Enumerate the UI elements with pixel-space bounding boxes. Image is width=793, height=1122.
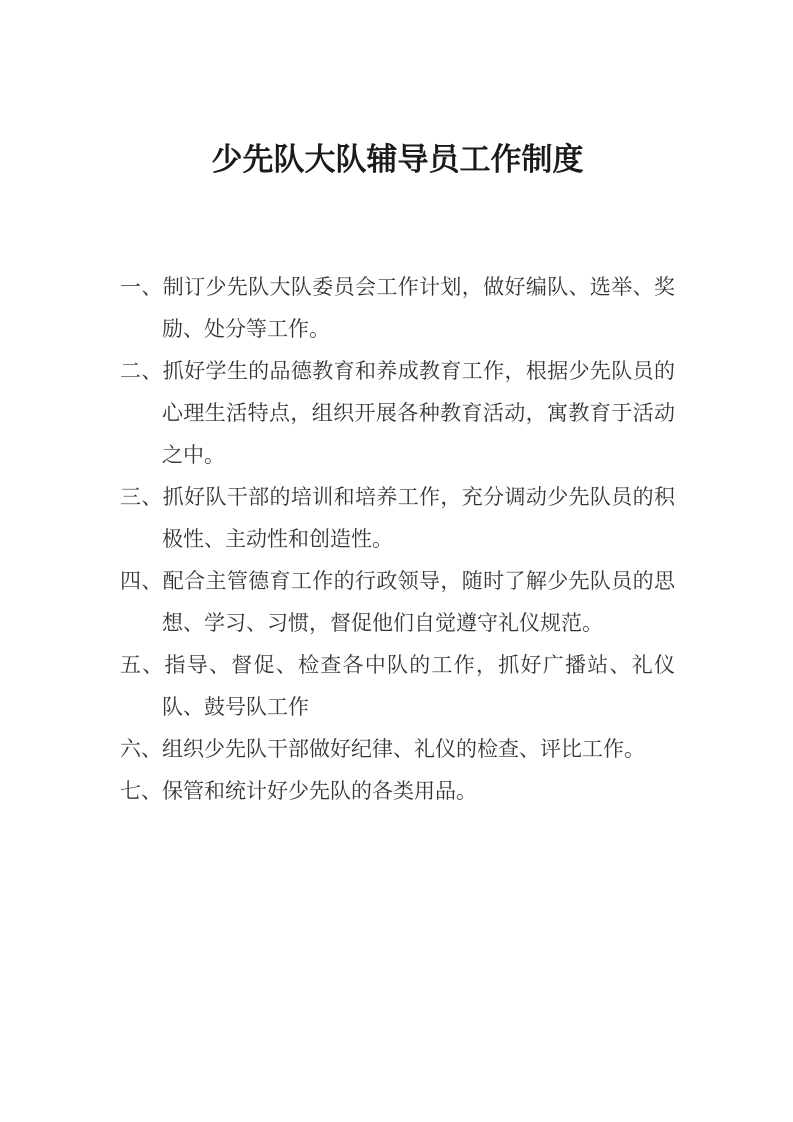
- list-item-marker: 一、: [120, 275, 163, 299]
- document-list: 一、制订少先队大队委员会工作计划，做好编队、选举、奖励、处分等工作。 二、抓好学…: [120, 266, 675, 812]
- list-item: 二、抓好学生的品德教育和养成教育工作，根据少先队员的心理生活特点，组织开展各种教…: [120, 350, 675, 476]
- document-title: 少先队大队辅导员工作制度: [120, 142, 675, 178]
- list-item: 四、配合主管德育工作的行政领导，随时了解少先队员的思想、学习、习惯，督促他们自觉…: [120, 560, 675, 644]
- list-item-marker: 六、: [120, 737, 162, 761]
- list-item: 六、组织少先队干部做好纪律、礼仪的检查、评比工作。: [120, 728, 675, 770]
- list-item-marker: 四、: [120, 569, 163, 593]
- list-item: 五、指导、督促、检查各中队的工作，抓好广播站、礼仪队、鼓号队工作: [120, 644, 675, 728]
- list-item-text: 抓好队干部的培训和培养工作，充分调动少先队员的积极性、主动性和创造性。: [162, 485, 675, 551]
- list-item-text: 组织少先队干部做好纪律、礼仪的检查、评比工作。: [162, 737, 645, 761]
- list-item-text: 制订少先队大队委员会工作计划，做好编队、选举、奖励、处分等工作。: [162, 275, 675, 341]
- list-item: 一、制订少先队大队委员会工作计划，做好编队、选举、奖励、处分等工作。: [120, 266, 675, 350]
- list-item-marker: 二、: [120, 359, 163, 383]
- list-item-marker: 五、: [120, 653, 165, 677]
- list-item: 三、抓好队干部的培训和培养工作，充分调动少先队员的积极性、主动性和创造性。: [120, 476, 675, 560]
- list-item-text: 抓好学生的品德教育和养成教育工作，根据少先队员的心理生活特点，组织开展各种教育活…: [162, 359, 675, 467]
- list-item-text: 指导、督促、检查各中队的工作，抓好广播站、礼仪队、鼓号队工作: [162, 653, 675, 719]
- list-item: 七、保管和统计好少先队的各类用品。: [120, 770, 675, 812]
- document-page: 少先队大队辅导员工作制度 一、制订少先队大队委员会工作计划，做好编队、选举、奖励…: [0, 0, 793, 1122]
- list-item-marker: 三、: [120, 485, 163, 509]
- list-item-text: 配合主管德育工作的行政领导，随时了解少先队员的思想、学习、习惯，督促他们自觉遵守…: [162, 569, 675, 635]
- list-item-marker: 七、: [120, 779, 162, 803]
- list-item-text: 保管和统计好少先队的各类用品。: [162, 779, 477, 803]
